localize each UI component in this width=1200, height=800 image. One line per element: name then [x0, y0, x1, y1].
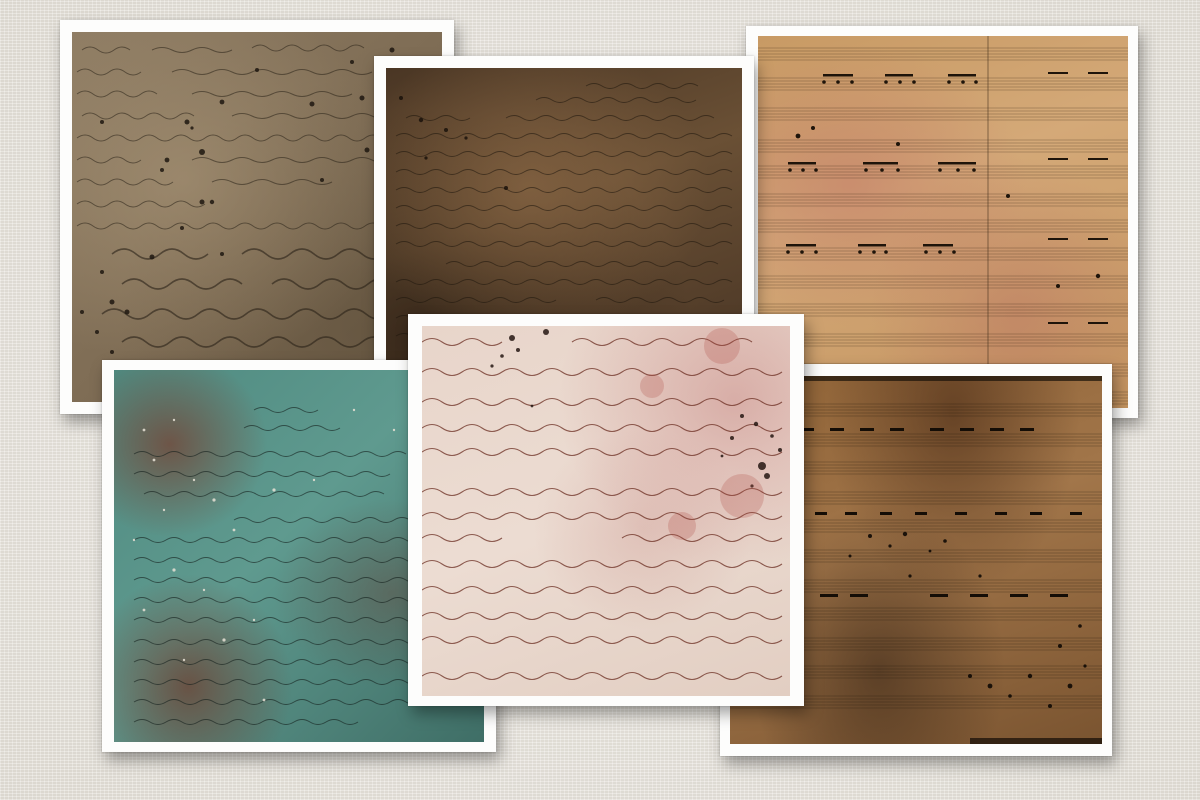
sheet-music-pattern	[758, 36, 1128, 408]
paper-peach-sheet-music	[758, 36, 1128, 408]
paper-card-blush-pink	[408, 314, 804, 706]
paper-card-sheet-music-peach	[746, 26, 1138, 418]
paper-blush-pink-script	[422, 326, 790, 696]
handwriting-pattern	[422, 326, 790, 696]
